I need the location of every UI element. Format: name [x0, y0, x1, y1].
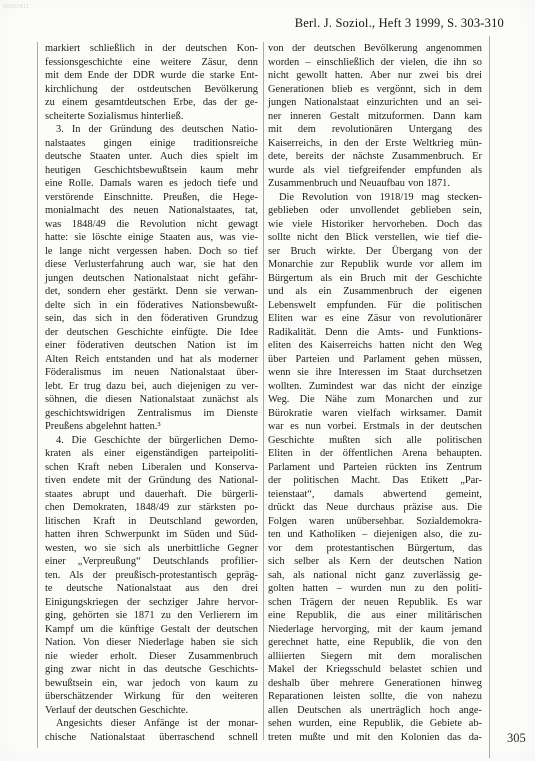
text-line: Preußens abgelehnt hatten.³: [45, 420, 258, 434]
text-line: diese Verlusterfahrung auch war, sie hat…: [45, 258, 258, 272]
paragraph: von der deutschen Bevölkerung angenommen…: [268, 42, 482, 191]
text-line: staates abrupt und dauerhaft. Die bürger…: [45, 488, 258, 502]
text-line: 4. Die Geschichte der bürgerlichen Demo-: [45, 434, 258, 448]
text-line: delte sich in ein föderatives Nationsbew…: [45, 299, 258, 313]
text-line: wurde als viel tiefgreifender empfunden …: [268, 164, 482, 178]
text-line: sich selber als Kern der deutschen Natio…: [268, 555, 482, 569]
text-line: Föderalismus im neuen Nationalstaat über…: [45, 366, 258, 380]
text-line: teienstaat“, damals abwertend gemeint,: [268, 488, 482, 502]
text-line: ging, gehörten sie 1871 zu den Verlierer…: [45, 609, 258, 623]
text-line: litischen Kraft in Deutschland geworden,: [45, 515, 258, 529]
text-line: Eliten war es eine Zäsur von revolutionä…: [268, 312, 482, 326]
text-line: sein, das sich in den föderativen Grundz…: [45, 312, 258, 326]
text-line: ser Bruch wirkte. Der Übergang von der: [268, 245, 482, 259]
text-line: verstörende Einschnitte. Preußen, die He…: [45, 191, 258, 205]
text-line: Die Revolution von 1918/19 mag stecken-: [268, 191, 482, 205]
text-line: ging zwar nicht in das deutsche Geschich…: [45, 663, 258, 677]
text-line: Monarchie zur Republik wurde vor allem i…: [268, 258, 482, 272]
text-line: lebt. Er trug dazu bei, auch diejenigen …: [45, 380, 258, 394]
text-line: det, sondern eher gestärkt. Denn sie ver…: [45, 285, 258, 299]
text-line: Eliten in der öffentlichen Arena behaupt…: [268, 447, 482, 461]
text-line: Einigungskriegen der sechziger Jahre her…: [45, 596, 258, 610]
text-line: fessionsgeschichte eine weitere Zäsur, d…: [45, 56, 258, 70]
text-line: nicht gewollt hatten. Aber nur zwei bis …: [268, 69, 482, 83]
text-line: ten und Katholiken – diejenigen also, di…: [268, 528, 482, 542]
text-line: geblieben oder unvollendet geblieben sei…: [268, 204, 482, 218]
text-line: Alten Reich entstanden und hat als moder…: [45, 353, 258, 367]
text-line: über Parteien und Parlament gehen müssen…: [268, 353, 482, 367]
right-text-column: von der deutschen Bevölkerung angenommen…: [268, 42, 482, 744]
text-line: Bürgertum als ein Bruch mit der Geschich…: [268, 272, 482, 286]
text-line: überschätzender Wirkung für den weiteren: [45, 690, 258, 704]
text-line: le lange nicht vergessen haben. Doch so …: [45, 245, 258, 259]
text-line: mit dem revolutionären Untergang des: [268, 123, 482, 137]
text-line: mit dem Ende der DDR wurde die starke En…: [45, 69, 258, 83]
text-line: eine Republik, die aus einer militärisch…: [268, 609, 482, 623]
right-margin-rule: [489, 36, 490, 758]
text-line: kraten als einer eigenständigen parteipo…: [45, 447, 258, 461]
text-line: Angesichts dieser Anfänge ist der monar-: [45, 717, 258, 731]
text-line: deutsche Staaten unter. Auch dies spielt…: [45, 150, 258, 164]
text-line: Lebenswelt empfunden. Für die politische…: [268, 299, 482, 313]
text-line: Reparationen leisten sollte, die von nah…: [268, 690, 482, 704]
text-line: monialmacht des neuen Nationalstaates, t…: [45, 204, 258, 218]
text-line: eine Rolle. Damals waren es jedoch tiefe…: [45, 177, 258, 191]
text-line: Verlauf der deutschen Geschichte.: [45, 704, 258, 718]
text-line: der deutschen Geschichte einfügte. Die I…: [45, 326, 258, 340]
text-line: ten. Als der preußisch-protestantisch ge…: [45, 569, 258, 583]
text-line: kirchlichung der ostdeutschen Bevölkerun…: [45, 83, 258, 97]
text-line: Radikalität. Denn die Amts- und Funktion…: [268, 326, 482, 340]
text-line: Kampf um die künftige Gestalt der deutsc…: [45, 623, 258, 637]
text-line: deshalb über mehrere Generationen hinweg: [268, 677, 482, 691]
text-line: jungen Nationalstaat einzurichten und an…: [268, 96, 482, 110]
text-line: markiert schließlich in der deutschen Ko…: [45, 42, 258, 56]
text-line: einer föderativen deutschen Nation ist i…: [45, 339, 258, 353]
text-line: eliten des Kaiserreichs hatten nicht den…: [268, 339, 482, 353]
left-margin-rule: [37, 42, 38, 748]
text-line: Makel der Kriegsschuld belastet schien u…: [268, 663, 482, 677]
text-line: Weg. Die Nähe zum Monarchen und zur: [268, 393, 482, 407]
text-line: Kaiserreichs, in den der Erste Weltkrieg…: [268, 137, 482, 151]
text-line: nalstaates gingen einige traditionsreich…: [45, 137, 258, 151]
text-line: chische Nationalstaat überraschend schne…: [45, 731, 258, 745]
text-line: scheiterte Sozialismus hinterließ.: [45, 110, 258, 124]
text-line: Parlament und Parteien rückten ins Zentr…: [268, 461, 482, 475]
text-line: heutigen Geschichtsbewußtsein kaum mehr: [45, 164, 258, 178]
text-line: sah, als national nicht ganz zuverlässig…: [268, 569, 482, 583]
paragraph: 4. Die Geschichte der bürgerlichen Demo-…: [45, 434, 258, 718]
text-line: jungen deutschen Nationalstaat nicht gef…: [45, 272, 258, 286]
paragraph: markiert schließlich in der deutschen Ko…: [45, 42, 258, 123]
text-line: chen Demokraten, 1848/49 zur stärksten p…: [45, 501, 258, 515]
text-line: ner inneren Gestalt mitzuformen. Dann ka…: [268, 110, 482, 124]
text-line: golten hatten – wurden nun zu den politi…: [268, 582, 482, 596]
text-line: nie wieder erholt. Dieser Zusammenbruch: [45, 650, 258, 664]
text-line: von der deutschen Bevölkerung angenommen: [268, 42, 482, 56]
text-line: allen Deutschen als unerträglich hoch an…: [268, 704, 482, 718]
text-line: drückt das Neue durchaus präzise aus. Di…: [268, 501, 482, 515]
text-line: Nation. Von dieser Niederlage haben sie …: [45, 636, 258, 650]
text-line: und als ein Zusammenbruch der eigenen: [268, 285, 482, 299]
text-line: einer „Verpreußung“ Deutschlands profili…: [45, 555, 258, 569]
text-line: sehen wurden, eine Republik, die Gebiete…: [268, 717, 482, 731]
paragraph: Angesichts dieser Anfänge ist der monar-…: [45, 717, 258, 744]
text-line: 3. In der Gründung des deutschen Natio-: [45, 123, 258, 137]
paragraph: 3. In der Gründung des deutschen Natio-n…: [45, 123, 258, 434]
text-line: wenn sie ihre Interessen im Staat durchs…: [268, 366, 482, 380]
text-line: Geschichte mußten sich alle politischen: [268, 434, 482, 448]
text-line: Zusammenbruch und Neuaufbau von 1871.: [268, 177, 482, 191]
text-line: worden – einschließlich der vielen, die …: [268, 56, 482, 70]
text-line: Folgen waren unübersehbar. Sozialdemokra…: [268, 515, 482, 529]
text-line: dete, bereits der nächste Zusammenbruch.…: [268, 150, 482, 164]
paragraph: Die Revolution von 1918/19 mag stecken-g…: [268, 191, 482, 745]
text-line: tiven endete mit der Gründung des Nation…: [45, 474, 258, 488]
text-line: bewußtsein ein, war jedoch von kaum zu: [45, 677, 258, 691]
text-line: geschichtswidrigen Zentralismus im Diens…: [45, 407, 258, 421]
text-line: wie viele Historiker hervorheben. Doch d…: [268, 218, 482, 232]
text-line: alliierten Siegern mit dem moralischen: [268, 650, 482, 664]
text-line: was 1848/49 die Revolution nicht gewagt: [45, 218, 258, 232]
text-line: war es nun vorbei. Erstmals in der deuts…: [268, 420, 482, 434]
text-line: Generationen blieb es vergönnt, sich in …: [268, 83, 482, 97]
text-line: gerechnet hatte, eine Republik, die von …: [268, 636, 482, 650]
left-text-column: markiert schließlich in der deutschen Ko…: [45, 42, 258, 744]
text-line: schen Trägern der neuen Republik. Es war: [268, 596, 482, 610]
text-line: sollte nicht den Blick verstellen, wie t…: [268, 231, 482, 245]
text-line: Niederlage hervorging, mit der kaum jema…: [268, 623, 482, 637]
scan-watermark: 00057611: [3, 4, 30, 10]
text-line: Bürokratie waren vielfach wirksamer. Dam…: [268, 407, 482, 421]
journal-reference: Berl. J. Soziol., Heft 3 1999, S. 303-31…: [295, 16, 504, 31]
page-number: 305: [507, 731, 526, 746]
text-line: wollten. Zumindest war das nicht der ein…: [268, 380, 482, 394]
text-line: hatten ihren Schwerpunkt im Süden und Sü…: [45, 528, 258, 542]
column-divider-rule: [263, 42, 264, 740]
text-line: vor dem protestantischen Bürgertum, das: [268, 542, 482, 556]
text-line: schen Kraft neben Liberalen und Konserva…: [45, 461, 258, 475]
text-line: der politischen Macht. Das Etikett „Par-: [268, 474, 482, 488]
text-line: söhnen, die diesen Nationalstaat zunächs…: [45, 393, 258, 407]
text-line: treten mußte und mit den Kolonien das da…: [268, 731, 482, 745]
text-line: hatte: sie löschte einige Staaten aus, w…: [45, 231, 258, 245]
text-line: westen, wo sie sich als unerbittliche Ge…: [45, 542, 258, 556]
journal-page: 00057611 Berl. J. Soziol., Heft 3 1999, …: [0, 0, 535, 761]
text-line: te deutsche Nationalstaat aus den drei: [45, 582, 258, 596]
text-line: zu einem gesamtdeutschen Erbe, das der g…: [45, 96, 258, 110]
